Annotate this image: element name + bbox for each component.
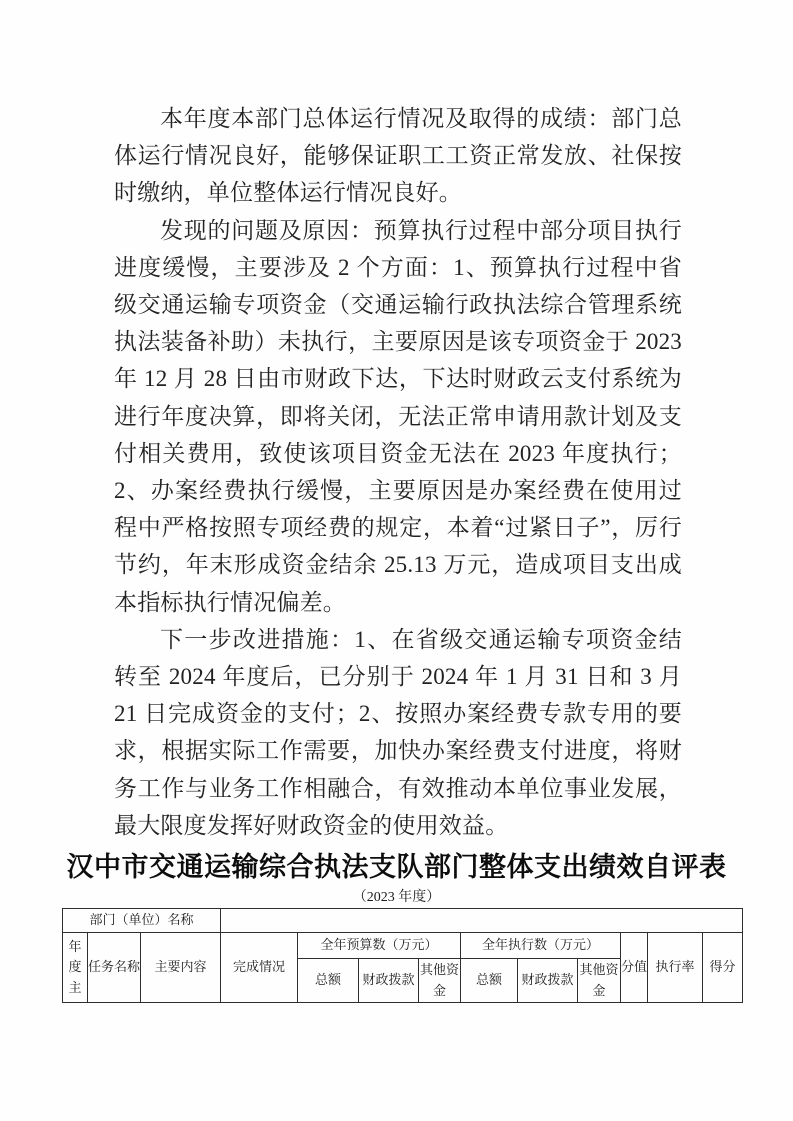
dept-name-row: 部门（单位）名称 bbox=[63, 909, 743, 933]
col-header-year-main-task: 年度主 bbox=[63, 933, 88, 1003]
self-evaluation-table-title: 汉中市交通运输综合执法支队部门整体支出绩效自评表 bbox=[0, 845, 793, 884]
paragraph-overall-performance: 本年度本部门总体运行情况及取得的成绩：部门总体运行情况良好，能够保证职工工资正常… bbox=[114, 100, 682, 212]
col-header-task-name: 任务名称 bbox=[88, 933, 141, 1003]
document-page: 本年度本部门总体运行情况及取得的成绩：部门总体运行情况良好，能够保证职工工资正常… bbox=[0, 0, 793, 1121]
col-header-score-value: 分值 bbox=[621, 933, 648, 1003]
dept-name-value bbox=[221, 909, 743, 933]
col-header-exec-fiscal-allocation: 财政拨款 bbox=[518, 959, 578, 1003]
col-header-budget-other-funds: 其他资金 bbox=[419, 959, 461, 1003]
self-evaluation-table-year: （2023 年度） bbox=[0, 886, 793, 906]
col-header-exec-other-funds: 其他资金 bbox=[578, 959, 621, 1003]
col-group-annual-budget: 全年预算数（万元） bbox=[298, 933, 461, 959]
col-header-budget-total: 总额 bbox=[298, 959, 359, 1003]
dept-name-label: 部门（单位）名称 bbox=[63, 909, 221, 933]
col-group-annual-execution: 全年执行数（万元） bbox=[461, 933, 621, 959]
self-evaluation-table: 部门（单位）名称 年度主 任务名称 主要内容 完成情况 全年预算数（万元） 全年… bbox=[62, 908, 743, 1003]
col-header-execution-rate: 执行率 bbox=[648, 933, 703, 1003]
report-body: 本年度本部门总体运行情况及取得的成绩：部门总体运行情况良好，能够保证职工工资正常… bbox=[114, 100, 682, 844]
col-header-main-content: 主要内容 bbox=[141, 933, 221, 1003]
paragraph-improvement-measures: 下一步改进措施：1、在省级交通运输专项资金结转至 2024 年度后，已分别于 2… bbox=[114, 621, 682, 844]
col-header-budget-fiscal-allocation: 财政拨款 bbox=[359, 959, 419, 1003]
col-header-exec-total: 总额 bbox=[461, 959, 518, 1003]
paragraph-problems-and-causes: 发现的问题及原因：预算执行过程中部分项目执行进度缓慢，主要涉及 2 个方面：1、… bbox=[114, 212, 682, 621]
col-header-completion: 完成情况 bbox=[221, 933, 298, 1003]
col-header-score: 得分 bbox=[703, 933, 743, 1003]
header-group-row: 年度主 任务名称 主要内容 完成情况 全年预算数（万元） 全年执行数（万元） 分… bbox=[63, 933, 743, 959]
